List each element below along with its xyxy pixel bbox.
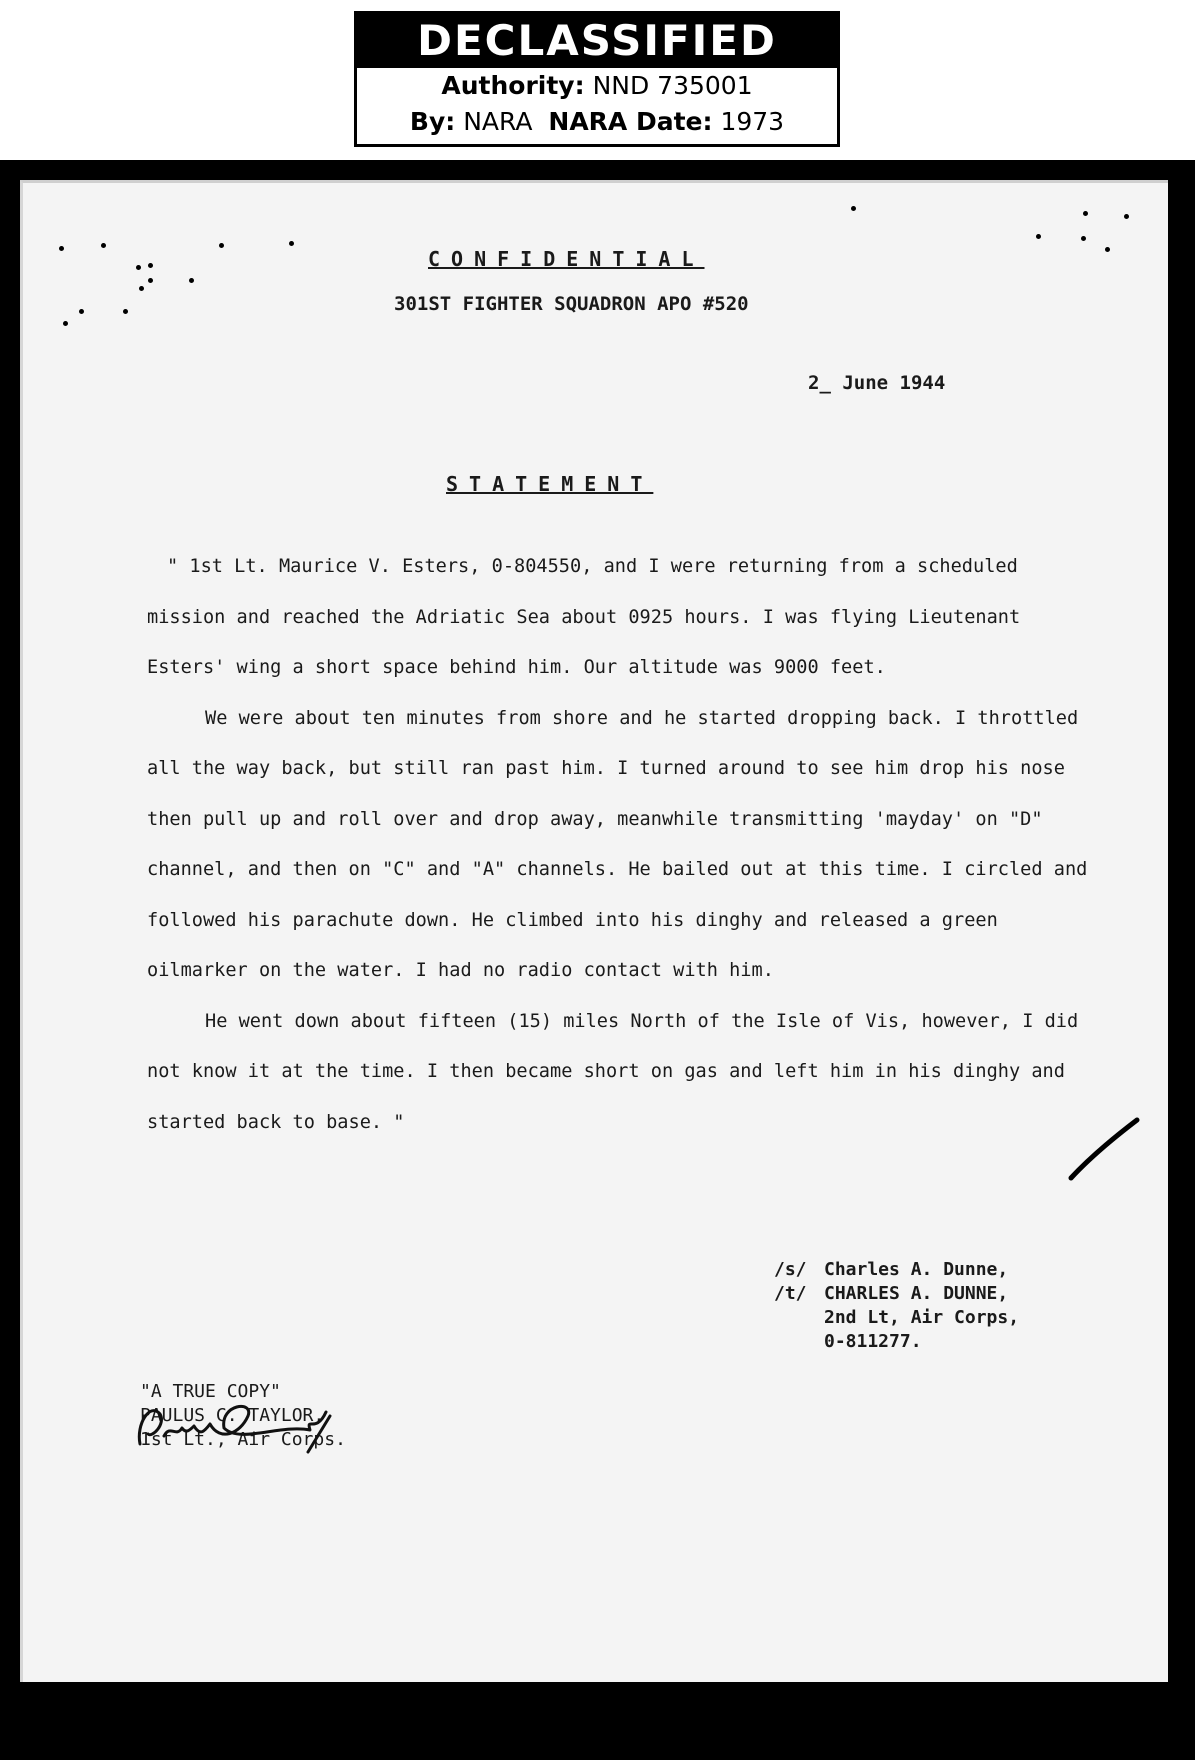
stamp-date-label: NARA Date: [548,107,712,136]
certifier-rank: 1st Lt., Air Corps. [140,1428,346,1452]
dust-speck [1036,234,1041,239]
unit-header: 301ST FIGHTER SQUADRON APO #520 [394,293,749,315]
dust-speck [148,263,153,268]
dust-speck [148,278,153,283]
dust-speck [59,246,64,251]
dust-speck [851,206,856,211]
classification-marking: CONFIDENTIAL [428,247,705,271]
dust-speck [139,286,144,291]
dust-speck [1124,214,1129,219]
typed-tag: /t/ [774,1282,824,1306]
signer-serial: 0-811277. [774,1330,1019,1354]
stamp-authority-label: Authority: [441,71,584,100]
stamp-by-label: By: [410,107,455,136]
dust-speck [101,243,106,248]
true-copy-label: "A TRUE COPY" [140,1380,346,1404]
statement-paragraph: He went down about fifteen (15) miles No… [147,997,1102,1149]
dust-speck [189,278,194,283]
typed-name: CHARLES A. DUNNE, [824,1282,1008,1306]
dust-speck [219,243,224,248]
dust-speck [123,309,128,314]
document-date: 2_ June 1944 [808,372,945,394]
stamp-by-value: NARA [463,107,532,136]
signed-tag: /s/ [774,1258,824,1282]
stamp-authority: Authority: NND 735001 [357,68,837,104]
dust-speck [63,321,68,326]
stamp-by-date: By: NARA NARA Date: 1973 [357,104,837,140]
stamp-heading: DECLASSIFIED [357,14,837,68]
statement-paragraph: We were about ten minutes from shore and… [147,694,1102,997]
dust-speck [136,265,141,270]
dust-speck [1105,247,1110,252]
certification-block: "A TRUE COPY" PAULUS C. TAYLOR, 1st Lt.,… [140,1380,346,1452]
signature-block: /s/ Charles A. Dunne, /t/ CHARLES A. DUN… [774,1258,1019,1354]
document-title: STATEMENT [446,472,653,496]
dust-speck [1081,236,1086,241]
signed-name: Charles A. Dunne, [824,1258,1008,1282]
statement-body: " 1st Lt. Maurice V. Esters, 0-804550, a… [147,542,1102,1148]
statement-paragraph: " 1st Lt. Maurice V. Esters, 0-804550, a… [147,542,1102,694]
certifier-name: PAULUS C. TAYLOR, [140,1404,346,1428]
pen-mark-icon [1065,1112,1145,1182]
dust-speck [1083,211,1088,216]
signer-rank: 2nd Lt, Air Corps, [774,1306,1019,1330]
declassified-stamp: DECLASSIFIED Authority: NND 735001 By: N… [354,11,840,147]
dust-speck [79,309,84,314]
dust-speck [289,241,294,246]
stamp-authority-value: NND 735001 [593,71,753,100]
stamp-date-value: 1973 [720,107,784,136]
